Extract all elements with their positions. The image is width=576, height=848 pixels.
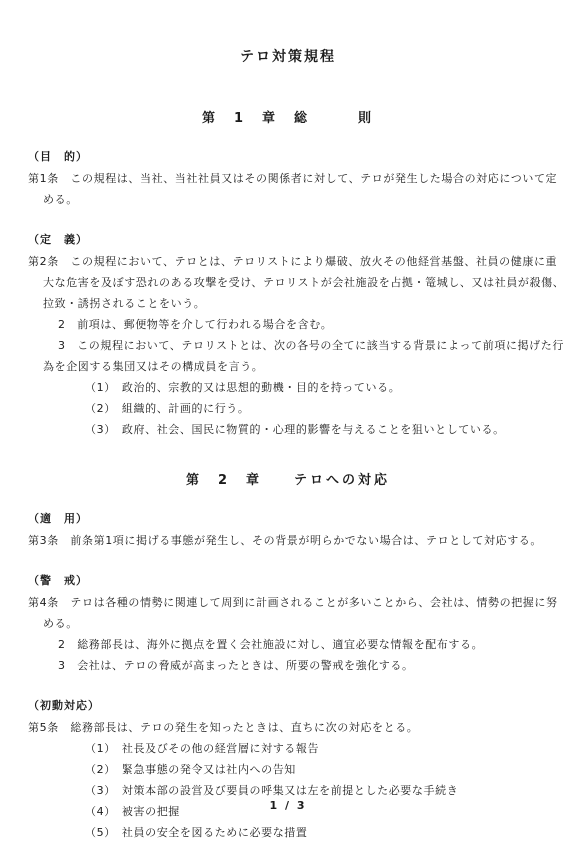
article-1-line: 第1条 この規程は、当社、当社社員又はその関係者に対して、テロが発生した場合の対… <box>28 168 576 189</box>
article-2-line: 拉致・誘拐されることをいう。 <box>43 293 576 314</box>
article-2-item-3: 3 この規程において、テロリストとは、次の各号の全てに該当する背景によって前項に… <box>58 335 576 356</box>
article-5-subitem-5: （5） 社員の安全を図るために必要な措置 <box>85 822 576 843</box>
chapter-2-heading: 第 2 章 テロへの対応 <box>0 472 576 489</box>
article-1-line: める。 <box>43 189 576 210</box>
article-5-subitem-2: （2） 緊急事態の発令又は社内への告知 <box>85 759 576 780</box>
article-3-line: 第3条 前条第1項に掲げる事態が発生し、その背景が明らかでない場合は、テロとして… <box>28 530 576 551</box>
article-2-item-3-continued: 為を企図する集団又はその構成員を言う。 <box>43 356 576 377</box>
article-5-subitem-3: （3） 対策本部の設営及び要員の呼集又は左を前提とした必要な手続き <box>85 780 576 801</box>
document-page: テロ対策規程 第 1 章 総 則 （目 的） 第1条 この規程は、当社、当社社員… <box>0 0 576 848</box>
section-label-initial-response: （初動対応） <box>28 696 576 716</box>
article-2-subitem-2: （2） 組織的、計画的に行う。 <box>85 398 576 419</box>
article-5-subitem-1: （1） 社長及びその他の経営層に対する報告 <box>85 738 576 759</box>
article-2-line: 大な危害を及ぼす恐れのある攻撃を受け、テロリストが会社施設を占拠・篭城し、又は社… <box>43 272 576 293</box>
page-number: 1 / 3 <box>0 799 576 812</box>
section-label-application: （適 用） <box>28 509 576 529</box>
article-2-item-2: 2 前項は、郵便物等を介して行われる場合を含む。 <box>58 314 576 335</box>
article-4-line: 第4条 テロは各種の情勢に関連して周到に計画されることが多いことから、会社は、情… <box>28 592 576 613</box>
chapter-1-heading: 第 1 章 総 則 <box>0 110 576 127</box>
article-2-subitem-1: （1） 政治的、宗教的又は思想的動機・目的を持っている。 <box>85 377 576 398</box>
article-4-line: める。 <box>43 613 576 634</box>
article-4-item-3: 3 会社は、テロの脅威が高まったときは、所要の警戒を強化する。 <box>58 655 576 676</box>
section-label-purpose: （目 的） <box>28 147 576 167</box>
document-title: テロ対策規程 <box>0 0 576 65</box>
article-2-line: 第2条 この規程において、テロとは、テロリストにより爆破、放火その他経営基盤、社… <box>28 251 576 272</box>
article-5-line: 第5条 総務部長は、テロの発生を知ったときは、直ちに次の対応をとる。 <box>28 717 576 738</box>
section-label-vigilance: （警 戒） <box>28 571 576 591</box>
article-2-subitem-3: （3） 政府、社会、国民に物質的・心理的影響を与えることを狙いとしている。 <box>85 419 576 440</box>
section-label-definition: （定 義） <box>28 230 576 250</box>
article-4-item-2: 2 総務部長は、海外に拠点を置く会社施設に対し、適宜必要な情報を配布する。 <box>58 634 576 655</box>
